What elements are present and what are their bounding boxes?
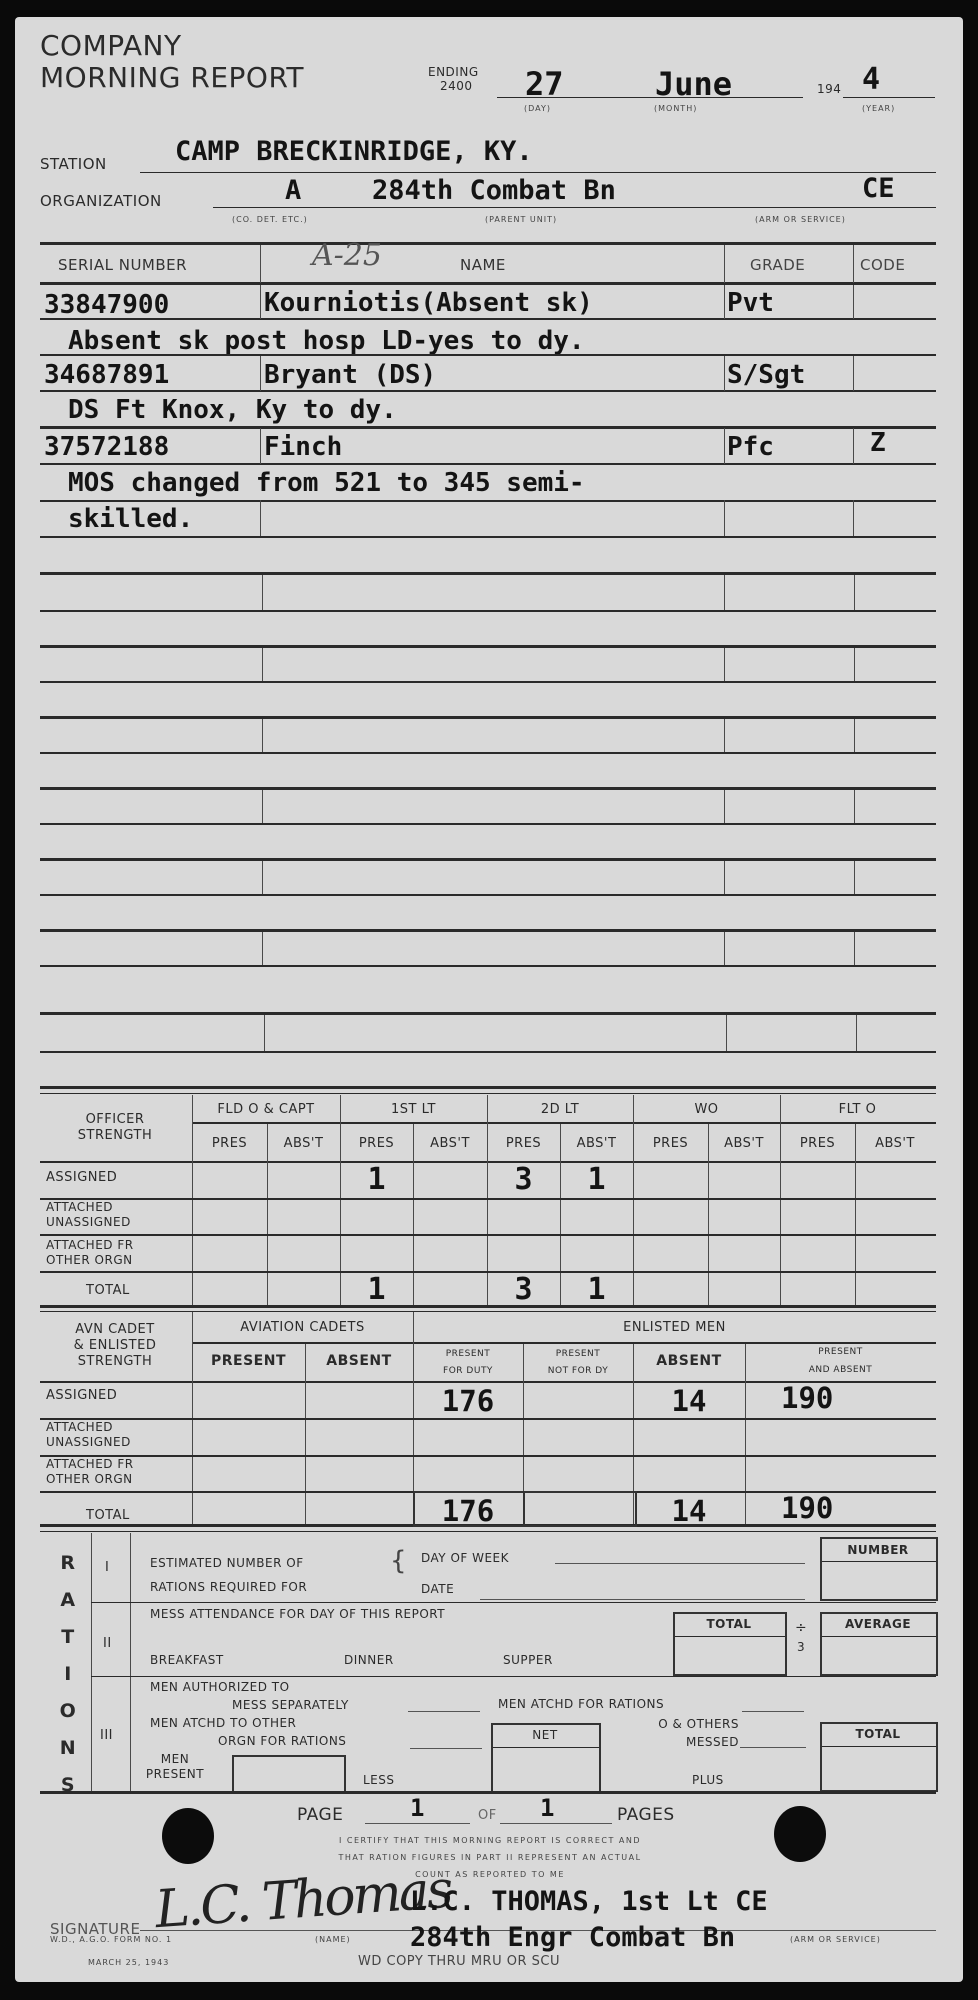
entry-remark: MOS changed from 521 to 345 semi- bbox=[68, 468, 585, 498]
plus-label: PLUS bbox=[692, 1773, 724, 1787]
label-line: MEN bbox=[130, 1752, 220, 1767]
brace-icon: { bbox=[390, 1548, 407, 1574]
row-rule bbox=[40, 426, 936, 429]
assigned-absent: 14 bbox=[633, 1384, 745, 1418]
form-date: MARCH 25, 1943 bbox=[88, 1958, 169, 1967]
mess-separately-field[interactable] bbox=[408, 1711, 480, 1712]
col-divider bbox=[853, 428, 854, 464]
side-letter: S bbox=[58, 1767, 78, 1804]
year-underline bbox=[843, 97, 935, 98]
form-title: COMPANY MORNING REPORT bbox=[40, 30, 304, 94]
row-rule bbox=[40, 354, 936, 356]
col-absent: ABSENT bbox=[633, 1353, 745, 1369]
page-number-field bbox=[365, 1823, 470, 1824]
ending-label: ENDING 2400 bbox=[428, 65, 479, 93]
day-value: 27 bbox=[525, 65, 564, 103]
side-letter: T bbox=[58, 1619, 78, 1656]
col-present-for-duty: PRESENT FOR DUTY bbox=[413, 1346, 523, 1380]
o-others-field[interactable] bbox=[740, 1747, 806, 1748]
page-total-field bbox=[500, 1823, 612, 1824]
entry-remark: Absent sk post hosp LD-yes to dy. bbox=[68, 326, 585, 356]
label-line: ATTACHED bbox=[46, 1420, 131, 1435]
col-pres: PRES bbox=[192, 1136, 267, 1151]
certify-line: THAT RATION FIGURES IN PART II REPRESENT… bbox=[270, 1849, 710, 1866]
col-pres: PRES bbox=[633, 1136, 708, 1151]
page-number: 1 bbox=[410, 1794, 424, 1822]
assigned-1st-lt-pres: 1 bbox=[340, 1162, 413, 1197]
box-rule bbox=[822, 1636, 936, 1637]
ending-text: ENDING bbox=[428, 65, 479, 79]
col-divider bbox=[260, 428, 261, 464]
company-caption: (CO. DET. ETC.) bbox=[232, 215, 308, 224]
entry-name: Bryant (DS) bbox=[264, 360, 436, 390]
col-line: PRESENT bbox=[413, 1346, 523, 1363]
divide-by-value: 3 bbox=[797, 1640, 805, 1654]
label-line: RATIONS REQUIRED FOR bbox=[150, 1575, 307, 1599]
group-rule bbox=[192, 1122, 936, 1124]
day-of-week-label: DAY OF WEEK bbox=[421, 1551, 509, 1565]
col-line: PRESENT bbox=[523, 1346, 633, 1363]
col-present-not-for-dy: PRESENT NOT FOR DY bbox=[523, 1346, 633, 1380]
title-line-morning-report: MORNING REPORT bbox=[40, 62, 304, 94]
men-atchd-for-rations-field[interactable] bbox=[742, 1711, 804, 1712]
total-present-and-absent: 190 bbox=[781, 1491, 833, 1525]
total-2d-lt-abst: 1 bbox=[560, 1272, 633, 1307]
officer-strength-title: OFFICER STRENGTH bbox=[40, 1112, 190, 1144]
col-av-present: PRESENT bbox=[192, 1353, 305, 1369]
col-abst: ABS'T bbox=[560, 1136, 633, 1151]
of-label: OF bbox=[478, 1808, 497, 1823]
copy-note: WD COPY THRU MRU OR SCU bbox=[358, 1954, 560, 1969]
punch-hole bbox=[162, 1808, 214, 1864]
organization-underline bbox=[213, 207, 936, 208]
part-iii-numeral: III bbox=[100, 1728, 113, 1743]
dinner-label: DINNER bbox=[344, 1653, 394, 1667]
title-line: STRENGTH bbox=[40, 1128, 190, 1144]
entry-serial: 37572188 bbox=[44, 432, 169, 462]
page-total: 1 bbox=[540, 1794, 554, 1822]
handwritten-note: A-25 bbox=[312, 238, 382, 273]
men-present-field[interactable] bbox=[232, 1755, 346, 1794]
number-box-label: NUMBER bbox=[820, 1543, 936, 1557]
side-letter: O bbox=[58, 1693, 78, 1730]
col-divider bbox=[724, 500, 725, 536]
rations-total-label: TOTAL bbox=[820, 1727, 936, 1741]
arm-service-caption: (ARM OR SERVICE) bbox=[790, 1935, 881, 1944]
page-label: PAGE bbox=[297, 1805, 343, 1825]
ending-time: 2400 bbox=[440, 79, 479, 93]
part-i-label: ESTIMATED NUMBER OF RATIONS REQUIRED FOR bbox=[150, 1551, 307, 1599]
col-divider bbox=[724, 245, 725, 283]
label-line: MESSED bbox=[627, 1733, 739, 1751]
men-atchd-other-line2: ORGN FOR RATIONS bbox=[218, 1734, 346, 1748]
date-field[interactable] bbox=[480, 1599, 805, 1600]
date-label: DATE bbox=[421, 1582, 454, 1596]
assigned-2d-lt-pres: 3 bbox=[487, 1162, 560, 1197]
less-label: LESS bbox=[363, 1773, 395, 1787]
assigned-2d-lt-abst: 1 bbox=[560, 1162, 633, 1197]
col-divider bbox=[853, 245, 854, 283]
total-present-for-duty: 176 bbox=[413, 1494, 523, 1528]
col-abst: ABS'T bbox=[267, 1136, 340, 1151]
col-line: FOR DUTY bbox=[413, 1363, 523, 1380]
side-letter: R bbox=[58, 1545, 78, 1582]
o-others-messed-label: O & OTHERS MESSED bbox=[627, 1715, 739, 1751]
col-abst: ABS'T bbox=[413, 1136, 487, 1151]
col-divider bbox=[724, 285, 725, 319]
box-rule bbox=[675, 1636, 785, 1637]
roster-top-rule bbox=[40, 242, 936, 245]
roster-header-rule bbox=[40, 282, 936, 285]
orgn-for-rations-field[interactable] bbox=[410, 1748, 482, 1749]
row-rule bbox=[40, 500, 936, 502]
group-fld-o-capt: FLD O & CAPT bbox=[192, 1102, 340, 1117]
row-label-assigned: ASSIGNED bbox=[46, 1170, 117, 1185]
entry-remark-continued: skilled. bbox=[68, 504, 193, 534]
station-value: CAMP BRECKINRIDGE, KY. bbox=[175, 136, 533, 167]
entry-grade: S/Sgt bbox=[727, 360, 805, 390]
row-label-attached-fr-other: ATTACHED FR OTHER ORGN bbox=[46, 1238, 134, 1268]
signer-unit: 284th Engr Combat Bn bbox=[410, 1922, 735, 1953]
row-rule bbox=[40, 390, 936, 392]
label-line: ESTIMATED NUMBER OF bbox=[150, 1551, 307, 1575]
row-label-total: TOTAL bbox=[86, 1508, 130, 1523]
label-line: ATTACHED bbox=[46, 1200, 131, 1215]
men-present-label: MEN PRESENT bbox=[130, 1752, 220, 1782]
group-2d-lt: 2D LT bbox=[487, 1102, 633, 1117]
title-line-company: COMPANY bbox=[40, 30, 304, 62]
punch-hole bbox=[774, 1806, 826, 1862]
average-label: AVERAGE bbox=[820, 1617, 936, 1631]
col-pres: PRES bbox=[340, 1136, 413, 1151]
label-line: OTHER ORGN bbox=[46, 1472, 134, 1487]
men-authorized-line1: MEN AUTHORIZED TO bbox=[150, 1680, 290, 1694]
col-divider bbox=[260, 500, 261, 536]
name-header: NAME bbox=[460, 256, 506, 274]
col-divider bbox=[260, 245, 261, 283]
row-label-attached-unassigned: ATTACHED UNASSIGNED bbox=[46, 1420, 131, 1450]
label-line: UNASSIGNED bbox=[46, 1215, 131, 1230]
col-abst: ABS'T bbox=[708, 1136, 780, 1151]
col-av-absent: ABSENT bbox=[305, 1353, 413, 1369]
col-divider bbox=[260, 356, 261, 391]
day-of-week-field[interactable] bbox=[555, 1563, 805, 1564]
mess-total-label: TOTAL bbox=[673, 1617, 785, 1631]
label-line: ATTACHED FR bbox=[46, 1457, 134, 1472]
col-divider bbox=[853, 356, 854, 391]
breakfast-label: BREAKFAST bbox=[150, 1653, 224, 1667]
side-letter: A bbox=[58, 1582, 78, 1619]
year-value: 4 bbox=[862, 62, 880, 97]
row-label-total: TOTAL bbox=[86, 1283, 130, 1298]
assigned-present-and-absent: 190 bbox=[781, 1381, 833, 1415]
row-label-attached-unassigned: ATTACHED UNASSIGNED bbox=[46, 1200, 131, 1230]
year-prefix: 194 bbox=[817, 82, 841, 96]
box-rule bbox=[822, 1746, 936, 1747]
supper-label: SUPPER bbox=[503, 1653, 553, 1667]
col-line: NOT FOR DY bbox=[523, 1363, 633, 1380]
label-line: OTHER ORGN bbox=[46, 1253, 134, 1268]
organization-label: ORGANIZATION bbox=[40, 192, 162, 210]
box-rule bbox=[822, 1561, 936, 1562]
name-caption: (NAME) bbox=[315, 1935, 351, 1944]
col-divider bbox=[853, 285, 854, 319]
label-line: UNASSIGNED bbox=[46, 1435, 131, 1450]
men-atchd-other-line1: MEN ATCHD TO OTHER bbox=[150, 1716, 296, 1730]
total-absent: 14 bbox=[633, 1494, 745, 1528]
entry-grade: Pfc bbox=[727, 432, 774, 462]
label-line: O & OTHERS bbox=[627, 1715, 739, 1733]
arm-service-value: CE bbox=[862, 173, 895, 204]
group-enlisted-men: ENLISTED MEN bbox=[413, 1320, 936, 1335]
company-value: A bbox=[285, 175, 301, 206]
net-label: NET bbox=[491, 1728, 599, 1742]
total-2d-lt-pres: 3 bbox=[487, 1272, 560, 1307]
entry-serial: 33847900 bbox=[44, 290, 169, 320]
col-divider bbox=[260, 285, 261, 319]
station-underline bbox=[140, 172, 936, 173]
col-abst: ABS'T bbox=[855, 1136, 935, 1151]
rations-side-label: R A T I O N S bbox=[58, 1545, 78, 1804]
group-1st-lt: 1ST LT bbox=[340, 1102, 487, 1117]
col-pres: PRES bbox=[780, 1136, 855, 1151]
month-caption: (MONTH) bbox=[654, 104, 697, 113]
title-line: AVN CADET bbox=[40, 1322, 190, 1338]
entry-serial: 34687891 bbox=[44, 360, 169, 390]
part-i-numeral: I bbox=[105, 1560, 109, 1575]
row-label-attached-fr-other: ATTACHED FR OTHER ORGN bbox=[46, 1457, 134, 1487]
men-authorized-line2: MESS SEPARATELY bbox=[232, 1698, 349, 1712]
year-caption: (YEAR) bbox=[862, 104, 895, 113]
part-ii-numeral: II bbox=[103, 1636, 112, 1651]
entry-name: Kourniotis(Absent sk) bbox=[264, 288, 593, 318]
col-divider bbox=[724, 428, 725, 464]
group-flt-o: FLT O bbox=[780, 1102, 935, 1117]
signer-name: L.C. THOMAS, 1st Lt CE bbox=[410, 1886, 768, 1917]
pages-label: PAGES bbox=[617, 1805, 675, 1825]
divide-icon: ÷ bbox=[795, 1620, 807, 1636]
row-rule bbox=[40, 463, 936, 465]
col-divider bbox=[853, 500, 854, 536]
form-id: W.D., A.G.O. FORM NO. 1 bbox=[50, 1935, 172, 1944]
side-letter: N bbox=[58, 1730, 78, 1767]
entry-remark: DS Ft Knox, Ky to dy. bbox=[68, 395, 397, 425]
label-line: PRESENT bbox=[130, 1767, 220, 1782]
col-line: AND ABSENT bbox=[745, 1361, 936, 1379]
enlisted-strength-title: AVN CADET & ENLISTED STRENGTH bbox=[40, 1322, 190, 1370]
col-divider bbox=[724, 356, 725, 391]
entry-grade: Pvt bbox=[727, 288, 774, 318]
side-letter: I bbox=[58, 1656, 78, 1693]
row-rule bbox=[40, 536, 936, 538]
title-line: STRENGTH bbox=[40, 1354, 190, 1370]
label-line: ATTACHED FR bbox=[46, 1238, 134, 1253]
col-pres: PRES bbox=[487, 1136, 560, 1151]
station-label: STATION bbox=[40, 155, 107, 173]
box-rule bbox=[493, 1747, 599, 1748]
assigned-present-for-duty: 176 bbox=[413, 1384, 523, 1418]
total-1st-lt-pres: 1 bbox=[340, 1272, 413, 1307]
code-header: CODE bbox=[860, 256, 905, 274]
certify-line: I CERTIFY THAT THIS MORNING REPORT IS CO… bbox=[270, 1832, 710, 1849]
group-aviation-cadets: AVIATION CADETS bbox=[192, 1320, 413, 1335]
col-present-and-absent: PRESENT AND ABSENT bbox=[745, 1343, 936, 1379]
group-wo: WO bbox=[633, 1102, 780, 1117]
row-label-assigned: ASSIGNED bbox=[46, 1388, 117, 1403]
parent-unit-caption: (PARENT UNIT) bbox=[485, 215, 557, 224]
parent-unit-value: 284th Combat Bn bbox=[372, 175, 616, 206]
entry-code: Z bbox=[870, 428, 886, 458]
title-line: & ENLISTED bbox=[40, 1338, 190, 1354]
day-caption: (DAY) bbox=[524, 104, 551, 113]
col-line: PRESENT bbox=[745, 1343, 936, 1361]
arm-caption: (ARM OR SERVICE) bbox=[755, 215, 846, 224]
month-value: June bbox=[655, 65, 732, 103]
serial-number-header: SERIAL NUMBER bbox=[58, 256, 187, 274]
grade-header: GRADE bbox=[750, 256, 805, 274]
title-line: OFFICER bbox=[40, 1112, 190, 1128]
row-rule bbox=[40, 318, 936, 320]
entry-name: Finch bbox=[264, 432, 342, 462]
men-atchd-for-rations-label: MEN ATCHD FOR RATIONS bbox=[498, 1697, 664, 1711]
mess-attendance-title: MESS ATTENDANCE FOR DAY OF THIS REPORT bbox=[150, 1607, 445, 1621]
